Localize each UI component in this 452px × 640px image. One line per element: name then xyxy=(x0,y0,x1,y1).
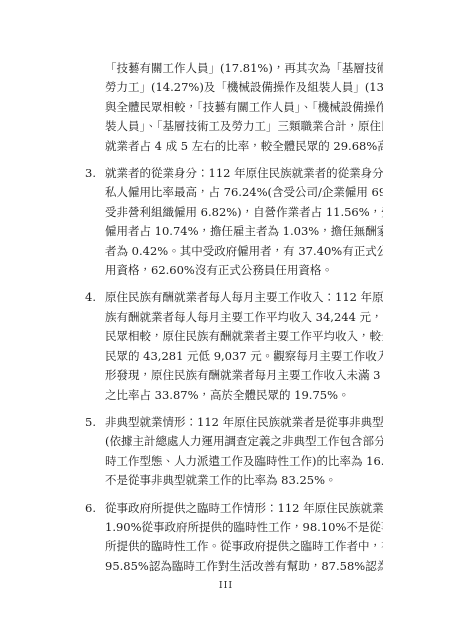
paragraph-lines: 就業者的從業身分：112 年原住民族就業者的從業身分以受 私人僱用比率最高，占 … xyxy=(105,164,383,280)
text-line: 勞力工」(14.27%)及「機械設備操作及組裝人員」(13.75%)。 xyxy=(105,78,383,97)
text-line: 民眾相較，原住民族有酬就業者主要工作平均收入，較全體 xyxy=(105,327,383,346)
text-line: (依據主計總處人力運用調查定義之非典型工作包含部分工 xyxy=(105,432,383,451)
text-line: 受非營利組織僱用 6.82%)，自營作業者占 11.56%，受政府 xyxy=(105,203,383,222)
list-item-number: 3. xyxy=(85,164,105,280)
text-line: 用資格，62.60%沒有正式公務員任用資格。 xyxy=(105,261,383,280)
text-line: 不是從事非典型就業工作的比率為 83.25%。 xyxy=(105,471,383,490)
paragraph-lines: 非典型就業情形：112 年原住民族就業者是從事非典型工作 (依據主計總處人力運用… xyxy=(105,413,383,491)
text-line: 裝人員」、「基層技術工及勞力工」三類職業合計，原住民族 xyxy=(105,117,383,136)
text-line: 族有酬就業者每人每月主要工作平均收入 34,244 元，與全體 xyxy=(105,308,383,327)
list-item-number: 5. xyxy=(85,413,105,491)
text-line: 私人僱用比率最高，占 76.24%(含受公司/企業僱用 69.42%、 xyxy=(105,183,383,202)
list-item-6: 6. 從事政府所提供之臨時工作情形：112 年原住民族就業者有 1.90%從事政… xyxy=(85,499,383,577)
list-item-number xyxy=(85,59,105,156)
document-page: 「技藝有關工作人員」(17.81%)，再其次為「基層技術工及 勞力工」(14.2… xyxy=(0,0,452,640)
text-line: 「技藝有關工作人員」(17.81%)，再其次為「基層技術工及 xyxy=(105,59,383,78)
text-line: 就業者占 4 成 5 左右的比率，較全體民眾的 29.68%高。 xyxy=(105,137,383,156)
text-line: 形發現，原住民族有酬就業者每月主要工作收入未滿 3 萬元 xyxy=(105,366,383,385)
text-line: 所提供的臨時性工作。從事政府提供之臨時工作者中，有 xyxy=(105,537,383,556)
paragraph-lines: 「技藝有關工作人員」(17.81%)，再其次為「基層技術工及 勞力工」(14.2… xyxy=(105,59,383,156)
text-line: 原住民族有酬就業者每人每月主要工作收入：112 年原住民 xyxy=(105,288,383,307)
page-content: 「技藝有關工作人員」(17.81%)，再其次為「基層技術工及 勞力工」(14.2… xyxy=(85,59,383,584)
text-line: 1.90%從事政府所提供的臨時性工作，98.10%不是從事政府 xyxy=(105,518,383,537)
text-line: 民眾的 43,281 元低 9,037 元。觀察每月主要工作收入分布情 xyxy=(105,347,383,366)
text-line: 之比率占 33.87%，高於全體民眾的 19.75%。 xyxy=(105,386,383,405)
paragraph-continuation: 「技藝有關工作人員」(17.81%)，再其次為「基層技術工及 勞力工」(14.2… xyxy=(85,59,383,156)
list-item-3: 3. 就業者的從業身分：112 年原住民族就業者的從業身分以受 私人僱用比率最高… xyxy=(85,164,383,280)
list-item-5: 5. 非典型就業情形：112 年原住民族就業者是從事非典型工作 (依據主計總處人… xyxy=(85,413,383,491)
text-line: 從事政府所提供之臨時工作情形：112 年原住民族就業者有 xyxy=(105,499,383,518)
list-item-4: 4. 原住民族有酬就業者每人每月主要工作收入：112 年原住民 族有酬就業者每人… xyxy=(85,288,383,404)
list-item-number: 6. xyxy=(85,499,105,577)
text-line: 時工作型態、人力派遣工作及臨時性工作)的比率為 16.75%， xyxy=(105,452,383,471)
text-line: 非典型就業情形：112 年原住民族就業者是從事非典型工作 xyxy=(105,413,383,432)
text-line: 與全體民眾相較，「技藝有關工作人員」、「機械設備操作及組 xyxy=(105,98,383,117)
text-line: 就業者的從業身分：112 年原住民族就業者的從業身分以受 xyxy=(105,164,383,183)
text-line: 者為 0.42%。其中受政府僱用者，有 37.40%有正式公務員任 xyxy=(105,242,383,261)
paragraph-lines: 從事政府所提供之臨時工作情形：112 年原住民族就業者有 1.90%從事政府所提… xyxy=(105,499,383,577)
list-item-number: 4. xyxy=(85,288,105,404)
paragraph-lines: 原住民族有酬就業者每人每月主要工作收入：112 年原住民 族有酬就業者每人每月主… xyxy=(105,288,383,404)
text-line: 95.85%認為臨時工作對生活改善有幫助，87.58%認為對未來 xyxy=(105,557,383,576)
page-number: III xyxy=(0,580,452,591)
text-line: 僱用者占 10.74%，擔任雇主者為 1.03%，擔任無酬家屬工作 xyxy=(105,222,383,241)
